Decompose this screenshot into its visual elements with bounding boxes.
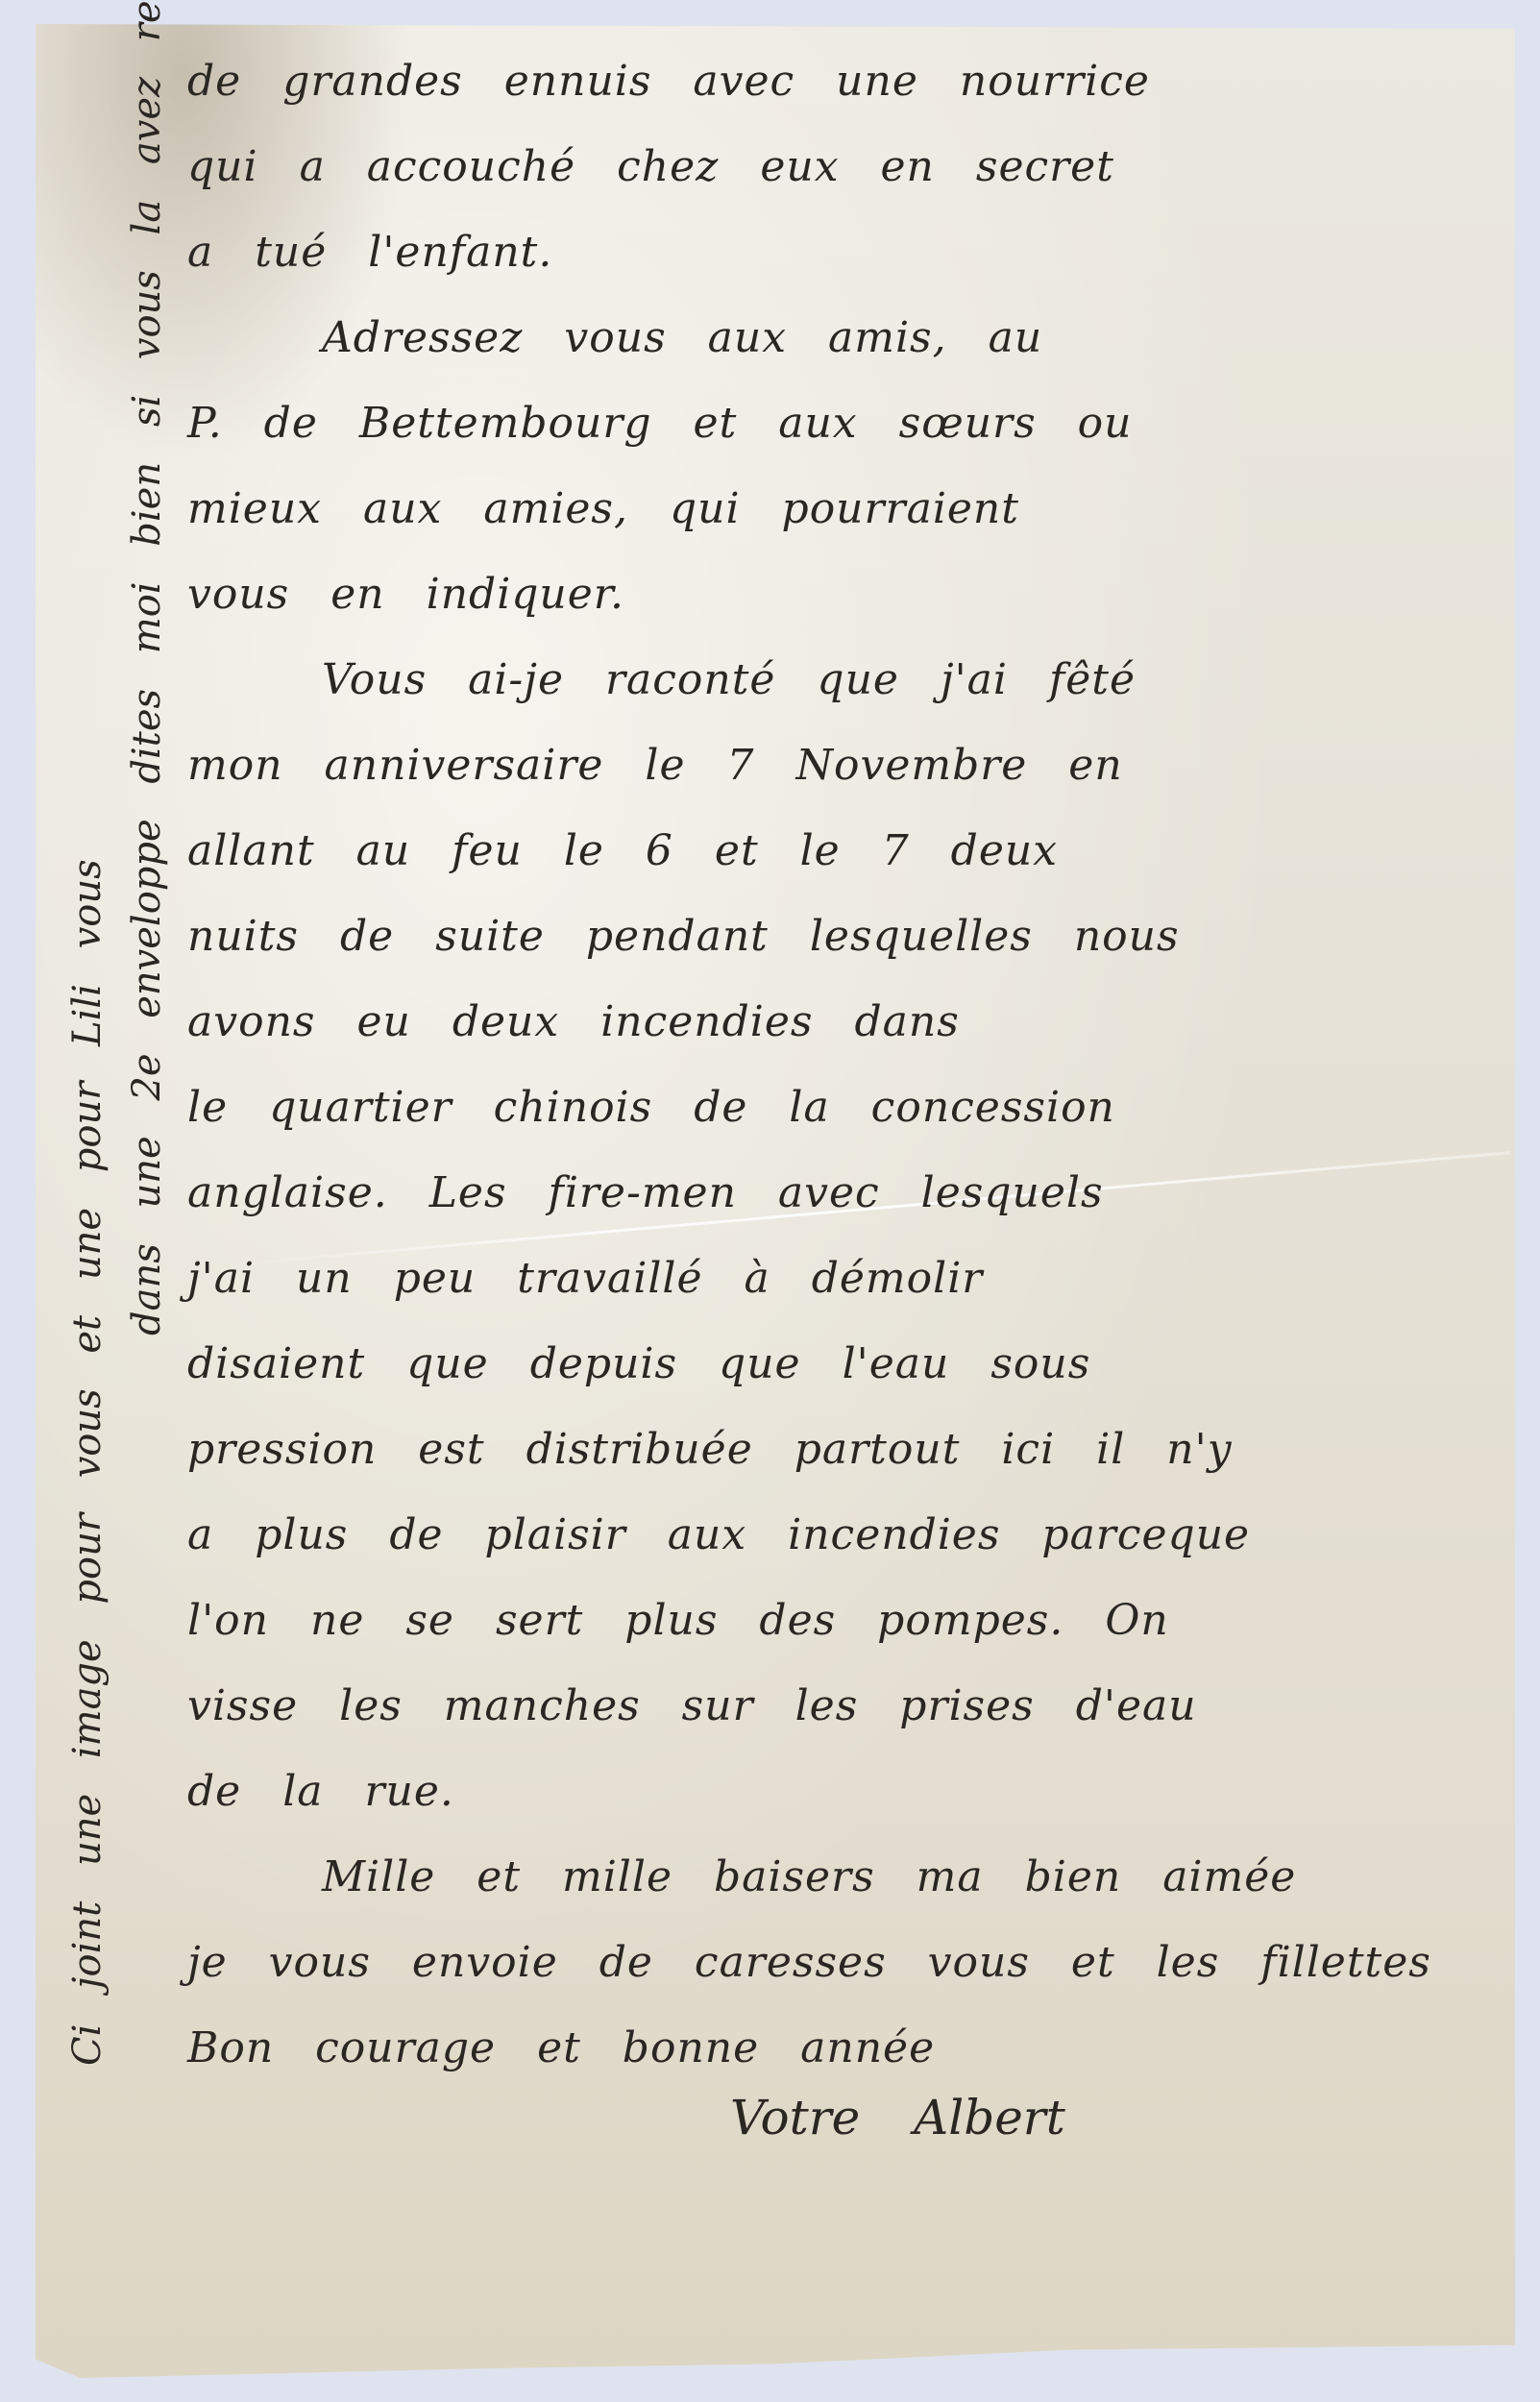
- margin-note-line-1: Ci joint une image pour vous et une pour…: [58, 96, 117, 2066]
- signature: Votre Albert: [730, 2090, 1065, 2145]
- letter-line: P. de Bettembourg et aux sœurs ou: [187, 380, 1494, 466]
- letter-line: je vous envoie de caresses vous et les f…: [187, 1920, 1494, 2005]
- letter-line: allant au feu le 6 et le 7 deux: [187, 808, 1494, 894]
- letter-line: de la rue.: [187, 1749, 1494, 1834]
- letter-line: de grandes ennuis avec une nourrice: [187, 38, 1494, 124]
- letter-line: Adressez vous aux amis, au: [187, 295, 1494, 380]
- letter-body: de grandes ennuis avec une nourrice qui …: [187, 38, 1494, 2091]
- letter-line: mieux aux amies, qui pourraient: [187, 466, 1494, 551]
- letter-line: visse les manches sur les prises d'eau: [187, 1663, 1494, 1749]
- letter-line: Bon courage et bonne année: [187, 2005, 1494, 2091]
- letter-line: nuits de suite pendant lesquelles nous: [187, 894, 1494, 979]
- letter-line: l'on ne se sert plus des pompes. On: [187, 1578, 1494, 1663]
- letter-line: avons eu deux incendies dans: [187, 979, 1494, 1065]
- letter-line: anglaise. Les fire-men avec lesquels: [187, 1150, 1494, 1236]
- letter-line: j'ai un peu travaillé à démolir: [187, 1236, 1494, 1321]
- letter-line: vous en indiquer.: [187, 551, 1494, 637]
- letter-line: a plus de plaisir aux incendies parceque: [187, 1492, 1494, 1578]
- letter-line: pression est distribuée partout ici il n…: [187, 1407, 1494, 1492]
- letter-line: qui a accouché chez eux en secret: [187, 124, 1494, 209]
- letter-line: le quartier chinois de la concession: [187, 1065, 1494, 1150]
- letter-line: Vous ai-je raconté que j'ai fêté: [187, 637, 1494, 723]
- letter-line: a tué l'enfant.: [187, 209, 1494, 295]
- letter-line: disaient que depuis que l'eau sous: [187, 1321, 1494, 1407]
- letter-line: mon anniversaire le 7 Novembre en: [187, 723, 1494, 808]
- margin-note: Ci joint une image pour vous et une pour…: [58, 96, 177, 2066]
- letter-line: Mille et mille baisers ma bien aimée: [187, 1834, 1494, 1920]
- margin-note-line-2: dans une 2e enveloppe dites moi bien si …: [117, 96, 177, 2066]
